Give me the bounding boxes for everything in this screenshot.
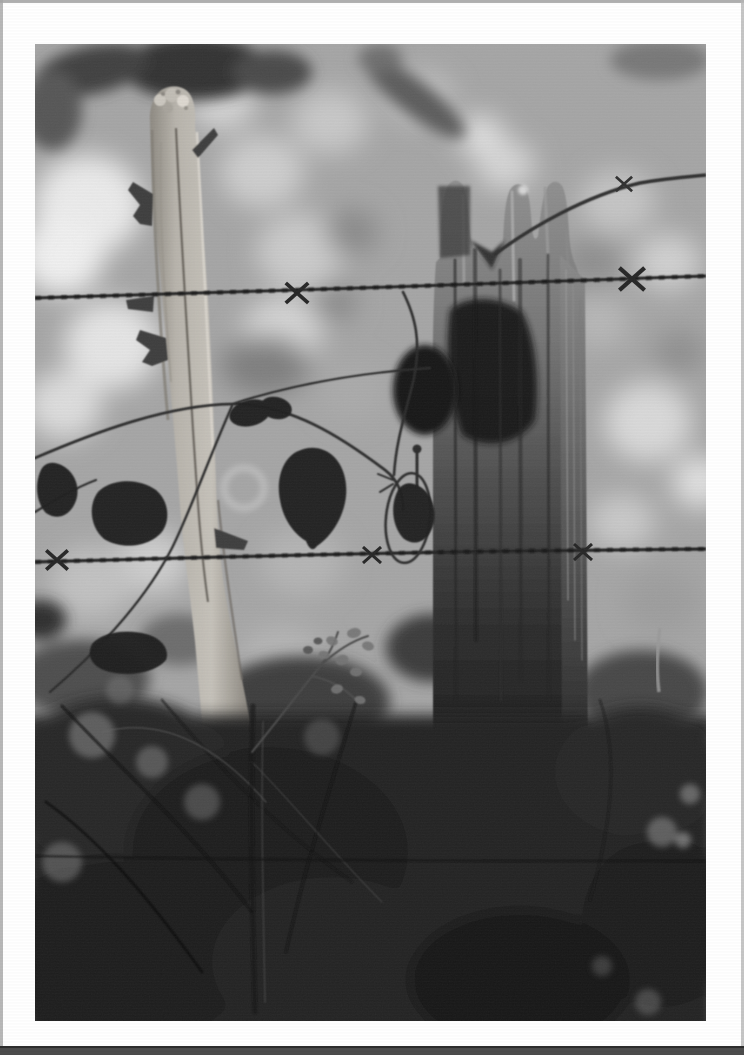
- scanned-photo-page: Black-and-white photograph of two weathe…: [0, 0, 744, 1055]
- photo-canvas: [0, 0, 744, 1055]
- scan-edge-top: [0, 0, 744, 3]
- photograph: Black-and-white photograph of two weathe…: [0, 0, 744, 1055]
- film-grain: [35, 44, 706, 1021]
- scan-edge-left: [0, 0, 3, 1055]
- scan-bar-edge: [0, 1046, 744, 1048]
